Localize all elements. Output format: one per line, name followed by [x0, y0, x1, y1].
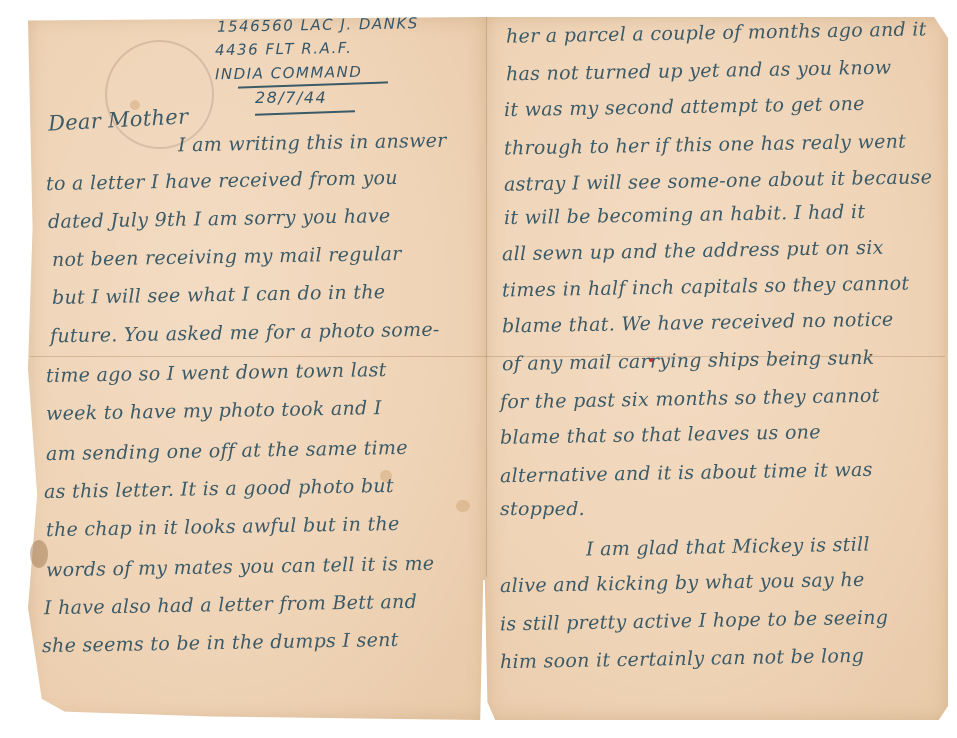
- letter-line: stopped.: [500, 498, 585, 520]
- sender-unit: 4436 FLT R.A.F.: [215, 39, 353, 59]
- letter-date: 28/7/44: [255, 88, 327, 107]
- sender-service-number-name: 1546560 LAC J. DANKS: [217, 14, 419, 36]
- stain: [456, 500, 470, 512]
- sender-command: INDIA COMMAND: [215, 63, 363, 84]
- vertical-fold-crease: [486, 17, 487, 577]
- postmark-stamp: [105, 40, 214, 149]
- letter-line: I am writing this in answer: [178, 130, 447, 157]
- letter-scan: 1546560 LAC J. DANKS 4436 FLT R.A.F. IND…: [0, 0, 957, 738]
